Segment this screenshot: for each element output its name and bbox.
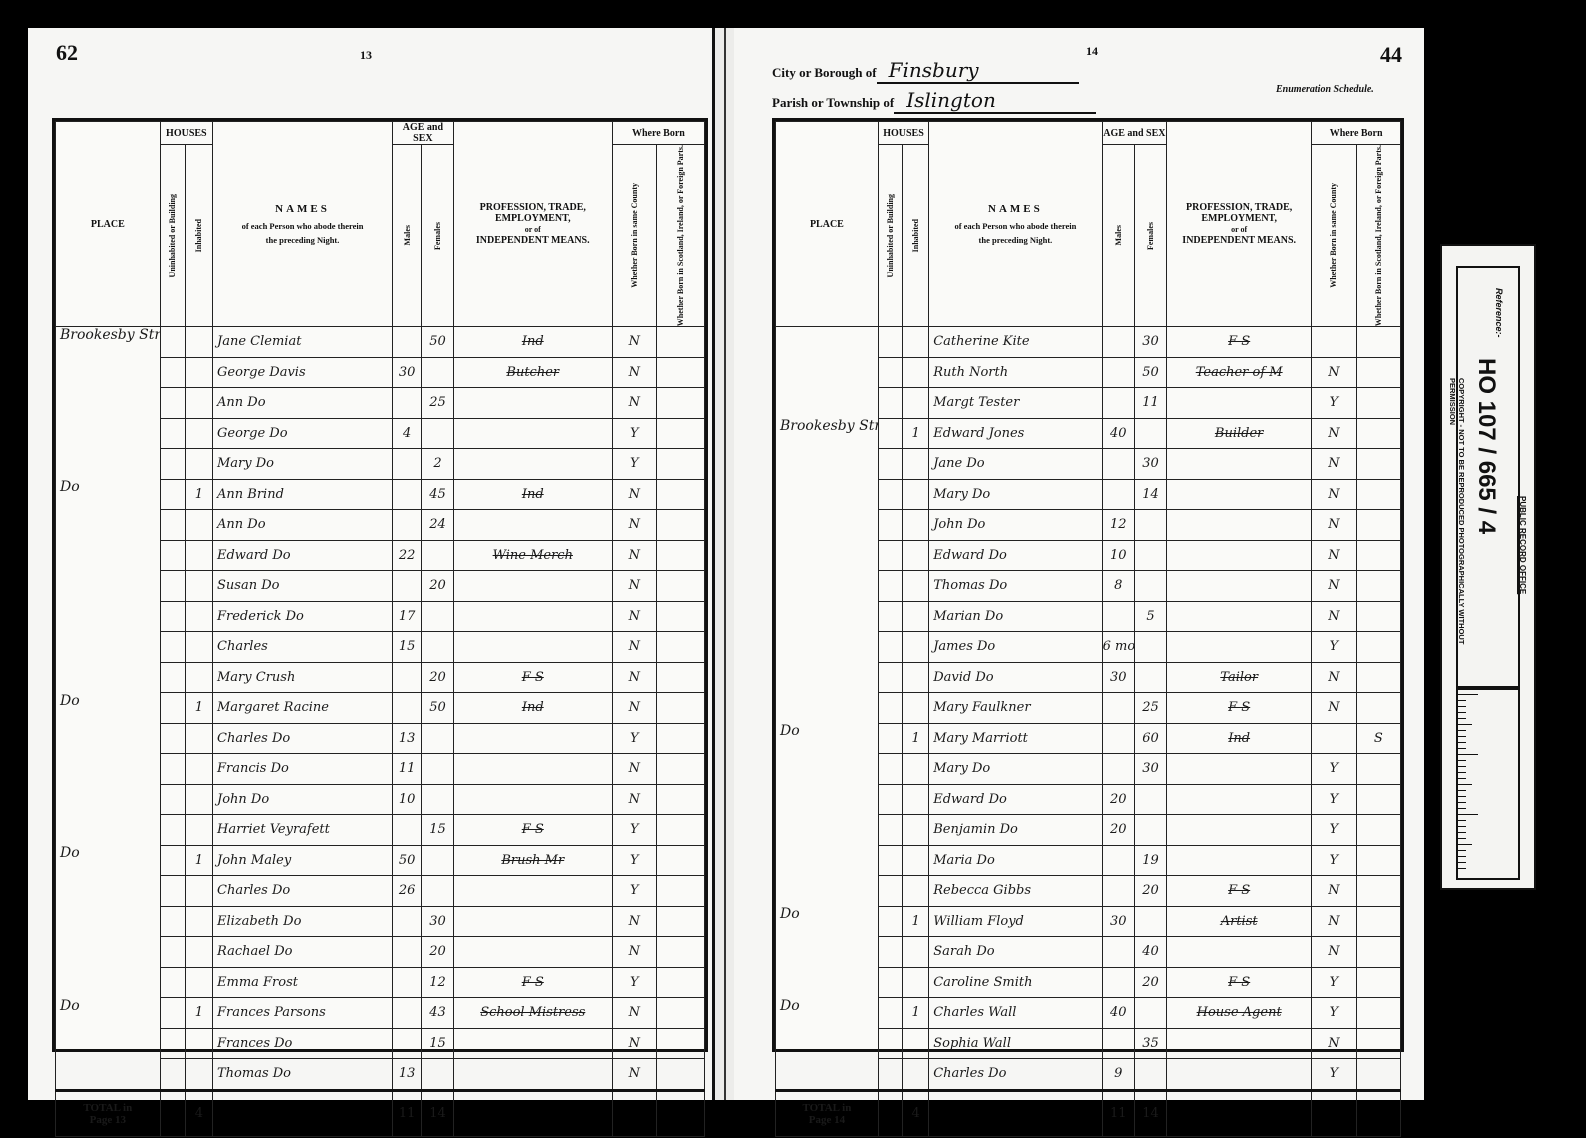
inhabited-cell [903, 1059, 929, 1091]
ruler-tick [1458, 748, 1466, 749]
parish-township-line: Parish or Township ofIslington [772, 88, 1096, 114]
schedule-label: Enumeration Schedule. [1276, 84, 1374, 95]
uninhabited-cell [160, 540, 185, 571]
spine-line [724, 28, 726, 1100]
uninhabited-cell [878, 693, 902, 724]
profession-cell [1167, 784, 1312, 815]
name-cell: Harriet Veyrafett [213, 815, 393, 846]
name-cell: Sophia Wall [929, 1028, 1102, 1059]
born-abroad-cell [656, 632, 704, 663]
header-born-county: Whether Born in same County [1312, 145, 1356, 327]
name-cell: George Davis [213, 357, 393, 388]
born-county-cell: N [612, 1059, 656, 1091]
male-age-cell [393, 388, 422, 419]
uninhabited-cell [160, 845, 185, 876]
city-label: City or Borough of [772, 65, 877, 80]
male-age-cell: 15 [393, 632, 422, 663]
profession-cell [453, 876, 612, 907]
table-row: Do1Charles Wall40House AgentY [776, 998, 1401, 1029]
born-abroad-cell [656, 357, 704, 388]
table-row: Mary Faulkner25F SN [776, 693, 1401, 724]
header-born-abroad: Whether Born in Scotland, Ireland, or Fo… [656, 145, 704, 327]
total-born-county [1312, 1090, 1356, 1136]
female-age-cell [1134, 418, 1166, 449]
place-cell: Do [56, 845, 161, 876]
born-county-cell: N [612, 998, 656, 1029]
born-county-cell: N [1312, 876, 1356, 907]
measurement-ruler [1456, 686, 1520, 880]
total-names [929, 1090, 1102, 1136]
place-cell: Do [56, 693, 161, 724]
male-age-cell: 40 [1102, 998, 1134, 1029]
header-males: Males [393, 145, 422, 327]
uninhabited-cell [878, 388, 902, 419]
ruler-tick [1458, 706, 1466, 707]
profession-cell [453, 1059, 612, 1091]
profession-cell [1167, 1059, 1312, 1091]
born-abroad-cell [656, 1059, 704, 1091]
ruler-tick [1458, 820, 1466, 821]
place-cell: Do [776, 998, 879, 1029]
place-cell [56, 418, 161, 449]
profession-cell [1167, 571, 1312, 602]
place-cell [776, 479, 879, 510]
female-age-cell: 25 [422, 388, 453, 419]
profession-cell: Brush Mr [453, 845, 612, 876]
table-row: Thomas Do13N [56, 1059, 705, 1091]
uninhabited-cell [160, 967, 185, 998]
header-males: Males [1102, 145, 1134, 327]
inhabited-cell [903, 754, 929, 785]
profession-cell [453, 388, 612, 419]
name-cell: Elizabeth Do [213, 906, 393, 937]
table-row: Jane Do30N [776, 449, 1401, 480]
born-county-cell: N [612, 1028, 656, 1059]
male-age-cell: 30 [393, 357, 422, 388]
total-names [213, 1090, 393, 1136]
profession-cell: F S [453, 967, 612, 998]
female-age-cell [422, 540, 453, 571]
header-age-sex: AGE and SEX [393, 122, 454, 145]
uninhabited-cell [878, 418, 902, 449]
born-abroad-cell [1356, 754, 1400, 785]
male-age-cell: 4 [393, 418, 422, 449]
name-cell: Charles [213, 632, 393, 663]
born-abroad-cell [656, 571, 704, 602]
born-abroad-cell [656, 1028, 704, 1059]
profession-cell [453, 632, 612, 663]
header-inhabited: Inhabited [903, 145, 929, 327]
reference-number: HO 107 / 665 / 4 [1472, 358, 1500, 534]
uninhabited-cell [160, 754, 185, 785]
table-row: Do1William Floyd30ArtistN [776, 906, 1401, 937]
profession-cell: F S [1167, 967, 1312, 998]
male-age-cell: 50 [393, 845, 422, 876]
female-age-cell: 11 [1134, 388, 1166, 419]
male-age-cell: 8 [1102, 571, 1134, 602]
born-county-cell: N [1312, 601, 1356, 632]
female-age-cell: 50 [1134, 357, 1166, 388]
born-abroad-cell [1356, 1028, 1400, 1059]
name-cell: Edward Do [929, 540, 1102, 571]
male-age-cell [1102, 479, 1134, 510]
total-males: 11 [393, 1090, 422, 1136]
born-county-cell: N [1312, 510, 1356, 541]
place-cell [56, 815, 161, 846]
female-age-cell [422, 418, 453, 449]
female-age-cell [422, 723, 453, 754]
male-age-cell: 17 [393, 601, 422, 632]
place-cell [776, 601, 879, 632]
born-abroad-cell [656, 876, 704, 907]
place-cell [56, 1059, 161, 1091]
born-county-cell: N [612, 357, 656, 388]
census-grid: PLACE HOUSES NAMES of each Person who ab… [55, 121, 705, 1137]
profession-cell: Ind [453, 327, 612, 358]
header-uninhabited: Uninhabited or Building [878, 145, 902, 327]
born-abroad-cell [1356, 479, 1400, 510]
male-age-cell: 13 [393, 723, 422, 754]
born-county-cell: N [612, 540, 656, 571]
name-cell: Sarah Do [929, 937, 1102, 968]
born-abroad-cell [656, 540, 704, 571]
name-cell: Rachael Do [213, 937, 393, 968]
born-county-cell: N [1312, 540, 1356, 571]
female-age-cell [1134, 906, 1166, 937]
born-county-cell: N [1312, 906, 1356, 937]
table-row: Mary Crush20F SN [56, 662, 705, 693]
total-inhabited: 4 [185, 1090, 212, 1136]
uninhabited-cell [878, 510, 902, 541]
male-age-cell [1102, 876, 1134, 907]
born-abroad-cell [1356, 815, 1400, 846]
uninhabited-cell [878, 906, 902, 937]
table-row: Do1Frances Parsons43School MistressN [56, 998, 705, 1029]
born-abroad-cell [1356, 540, 1400, 571]
female-age-cell: 20 [422, 571, 453, 602]
table-row: Edward Do10N [776, 540, 1401, 571]
born-county-cell: Y [1312, 1059, 1356, 1091]
ruler-tick [1458, 754, 1478, 755]
inhabited-cell [903, 449, 929, 480]
place-cell [776, 357, 879, 388]
male-age-cell [393, 327, 422, 358]
born-abroad-cell [656, 967, 704, 998]
profession-cell [453, 601, 612, 632]
profession-cell [1167, 937, 1312, 968]
born-abroad-cell [1356, 418, 1400, 449]
female-age-cell [422, 845, 453, 876]
table-row: Sarah Do40N [776, 937, 1401, 968]
female-age-cell [1134, 632, 1166, 663]
table-row: John Do12N [776, 510, 1401, 541]
header-place: PLACE [776, 122, 879, 327]
uninhabited-cell [878, 1059, 902, 1091]
name-cell: William Floyd [929, 906, 1102, 937]
profession-cell: F S [1167, 327, 1312, 358]
female-age-cell [1134, 540, 1166, 571]
profession-cell [1167, 479, 1312, 510]
place-cell: Do [776, 906, 879, 937]
profession-cell: School Mistress [453, 998, 612, 1029]
place-cell [776, 662, 879, 693]
place-cell [776, 449, 879, 480]
born-county-cell: N [1312, 937, 1356, 968]
place-cell [776, 754, 879, 785]
male-age-cell [1102, 327, 1134, 358]
born-county-cell [1312, 723, 1356, 754]
table-row: Harriet Veyrafett15F SY [56, 815, 705, 846]
born-abroad-cell [1356, 357, 1400, 388]
born-county-cell: N [612, 571, 656, 602]
male-age-cell [1102, 449, 1134, 480]
profession-cell [453, 906, 612, 937]
ruler-tick [1458, 868, 1466, 869]
profession-cell [453, 449, 612, 480]
place-cell [56, 540, 161, 571]
inhabited-cell [185, 510, 212, 541]
born-abroad-cell [1356, 510, 1400, 541]
ruler-tick [1458, 718, 1466, 719]
city-borough-line: City or Borough ofFinsbury [772, 58, 1079, 84]
table-row: Do1Margaret Racine50IndN [56, 693, 705, 724]
total-label: TOTAL inPage 13 [56, 1090, 161, 1136]
table-row: Ruth North50Teacher of MN [776, 357, 1401, 388]
right-page: 14 44 City or Borough ofFinsbury Parish … [734, 28, 1424, 1100]
table-row: David Do30TailorN [776, 662, 1401, 693]
uninhabited-cell [878, 479, 902, 510]
name-cell: Ann Do [213, 510, 393, 541]
name-cell: Mary Do [929, 479, 1102, 510]
male-age-cell [393, 571, 422, 602]
born-abroad-cell [656, 723, 704, 754]
inhabited-cell: 1 [185, 693, 212, 724]
male-age-cell [1102, 937, 1134, 968]
folio-number: 44 [1380, 42, 1402, 68]
born-county-cell: N [612, 327, 656, 358]
place-cell [776, 540, 879, 571]
born-county-cell: N [612, 662, 656, 693]
name-cell: Thomas Do [213, 1059, 393, 1091]
born-abroad-cell [656, 815, 704, 846]
name-cell: Charles Do [929, 1059, 1102, 1091]
inhabited-cell [185, 571, 212, 602]
born-abroad-cell [656, 449, 704, 480]
profession-cell [1167, 1028, 1312, 1059]
census-table-right: PLACE HOUSES NAMES of each Person who ab… [772, 118, 1404, 1052]
born-county-cell: Y [612, 845, 656, 876]
born-county-cell [1312, 327, 1356, 358]
female-age-cell: 2 [422, 449, 453, 480]
table-row: Maria Do19Y [776, 845, 1401, 876]
table-row: Emma Frost12F SY [56, 967, 705, 998]
profession-cell: House Agent [1167, 998, 1312, 1029]
table-row: George Davis30ButcherN [56, 357, 705, 388]
total-females: 14 [1134, 1090, 1166, 1136]
name-cell: Mary Faulkner [929, 693, 1102, 724]
profession-cell: Artist [1167, 906, 1312, 937]
place-cell [776, 845, 879, 876]
total-label: TOTAL inPage 14 [776, 1090, 879, 1136]
header-houses: HOUSES [878, 122, 928, 145]
uninhabited-cell [160, 510, 185, 541]
inhabited-cell: 1 [903, 906, 929, 937]
place-cell [56, 601, 161, 632]
inhabited-cell [903, 510, 929, 541]
female-age-cell: 20 [422, 937, 453, 968]
table-row: Charles Do26Y [56, 876, 705, 907]
uninhabited-cell [160, 723, 185, 754]
profession-cell [453, 723, 612, 754]
female-age-cell [422, 357, 453, 388]
name-cell: Marian Do [929, 601, 1102, 632]
place-cell [776, 876, 879, 907]
born-abroad-cell [1356, 906, 1400, 937]
profession-cell [1167, 632, 1312, 663]
profession-cell: F S [453, 662, 612, 693]
born-abroad-cell [656, 479, 704, 510]
table-row: Marian Do5N [776, 601, 1401, 632]
male-age-cell [393, 449, 422, 480]
female-age-cell: 24 [422, 510, 453, 541]
female-age-cell [422, 1059, 453, 1091]
female-age-cell: 60 [1134, 723, 1166, 754]
profession-cell: Ind [1167, 723, 1312, 754]
table-row: Caroline Smith20F SY [776, 967, 1401, 998]
profession-cell [1167, 601, 1312, 632]
ruler-tick [1458, 832, 1466, 833]
born-county-cell: Y [612, 967, 656, 998]
place-cell: Brookesby Street [776, 418, 879, 449]
uninhabited-cell [160, 876, 185, 907]
name-cell: Francis Do [213, 754, 393, 785]
ruler-tick [1458, 784, 1472, 785]
ruler-tick [1458, 838, 1466, 839]
uninhabited-cell [160, 601, 185, 632]
name-cell: Charles Wall [929, 998, 1102, 1029]
place-cell: Brookesby Street [56, 327, 161, 358]
name-cell: Jane Clemiat [213, 327, 393, 358]
male-age-cell [1102, 357, 1134, 388]
name-cell: Susan Do [213, 571, 393, 602]
born-county-cell: Y [1312, 998, 1356, 1029]
uninhabited-cell [160, 784, 185, 815]
male-age-cell [1102, 754, 1134, 785]
born-abroad-cell [1356, 1059, 1400, 1091]
profession-cell [453, 571, 612, 602]
profession-cell: F S [1167, 876, 1312, 907]
profession-cell [453, 754, 612, 785]
inhabited-cell [903, 815, 929, 846]
born-county-cell: Y [1312, 388, 1356, 419]
born-county-cell: Y [612, 723, 656, 754]
inhabited-cell [903, 540, 929, 571]
name-cell: Margt Tester [929, 388, 1102, 419]
ruler-tick [1458, 814, 1478, 815]
profession-cell: F S [453, 815, 612, 846]
born-abroad-cell [656, 998, 704, 1029]
born-county-cell: N [612, 906, 656, 937]
table-row: Frederick Do17N [56, 601, 705, 632]
uninhabited-cell [878, 601, 902, 632]
table-row: Edward Do22Wine MerchN [56, 540, 705, 571]
born-abroad-cell [1356, 693, 1400, 724]
male-age-cell: 10 [1102, 540, 1134, 571]
table-row: Ann Do24N [56, 510, 705, 541]
born-county-cell: N [612, 479, 656, 510]
born-county-cell: Y [612, 815, 656, 846]
uninhabited-cell [878, 449, 902, 480]
table-row: Ann Do25N [56, 388, 705, 419]
header-profession: PROFESSION, TRADE, EMPLOYMENT, or of IND… [453, 122, 612, 327]
name-cell: John Do [213, 784, 393, 815]
name-cell: Margaret Racine [213, 693, 393, 724]
male-age-cell: 30 [1102, 662, 1134, 693]
female-age-cell [1134, 998, 1166, 1029]
inhabited-cell: 1 [903, 418, 929, 449]
table-row: Charles Do9Y [776, 1059, 1401, 1091]
inhabited-cell [185, 937, 212, 968]
born-abroad-cell [1356, 967, 1400, 998]
table-row: James Do6 monthY [776, 632, 1401, 663]
name-cell: Ann Brind [213, 479, 393, 510]
name-cell: Thomas Do [929, 571, 1102, 602]
profession-cell: Tailor [1167, 662, 1312, 693]
place-cell [776, 327, 879, 358]
male-age-cell [393, 815, 422, 846]
header-uninhabited: Uninhabited or Building [160, 145, 185, 327]
header-names: NAMES of each Person who abode therein t… [213, 122, 393, 327]
census-grid: PLACE HOUSES NAMES of each Person who ab… [775, 121, 1401, 1137]
name-cell: Catherine Kite [929, 327, 1102, 358]
inhabited-cell [185, 418, 212, 449]
inhabited-cell [903, 479, 929, 510]
born-abroad-cell: S [1356, 723, 1400, 754]
inhabited-cell [185, 876, 212, 907]
place-cell: Do [776, 723, 879, 754]
profession-cell [453, 784, 612, 815]
male-age-cell: 20 [1102, 784, 1134, 815]
inhabited-cell [903, 571, 929, 602]
uninhabited-cell [160, 693, 185, 724]
ruler-tick [1458, 826, 1466, 827]
uninhabited-cell [878, 754, 902, 785]
total-males: 11 [1102, 1090, 1134, 1136]
profession-cell: Builder [1167, 418, 1312, 449]
uninhabited-cell [160, 449, 185, 480]
inhabited-cell [903, 327, 929, 358]
name-cell: Edward Do [213, 540, 393, 571]
born-county-cell: N [1312, 449, 1356, 480]
female-age-cell: 12 [422, 967, 453, 998]
male-age-cell [393, 510, 422, 541]
uninhabited-cell [878, 723, 902, 754]
born-county-cell: N [1312, 693, 1356, 724]
uninhabited-cell [878, 784, 902, 815]
uninhabited-cell [878, 327, 902, 358]
male-age-cell: 30 [1102, 906, 1134, 937]
female-age-cell: 15 [422, 815, 453, 846]
female-age-cell: 14 [1134, 479, 1166, 510]
place-cell [56, 906, 161, 937]
name-cell: John Do [929, 510, 1102, 541]
inhabited-cell [903, 784, 929, 815]
born-abroad-cell [656, 510, 704, 541]
name-cell: Ruth North [929, 357, 1102, 388]
place-cell [56, 357, 161, 388]
header-age-sex: AGE and SEX [1102, 122, 1167, 145]
female-age-cell: 30 [1134, 449, 1166, 480]
